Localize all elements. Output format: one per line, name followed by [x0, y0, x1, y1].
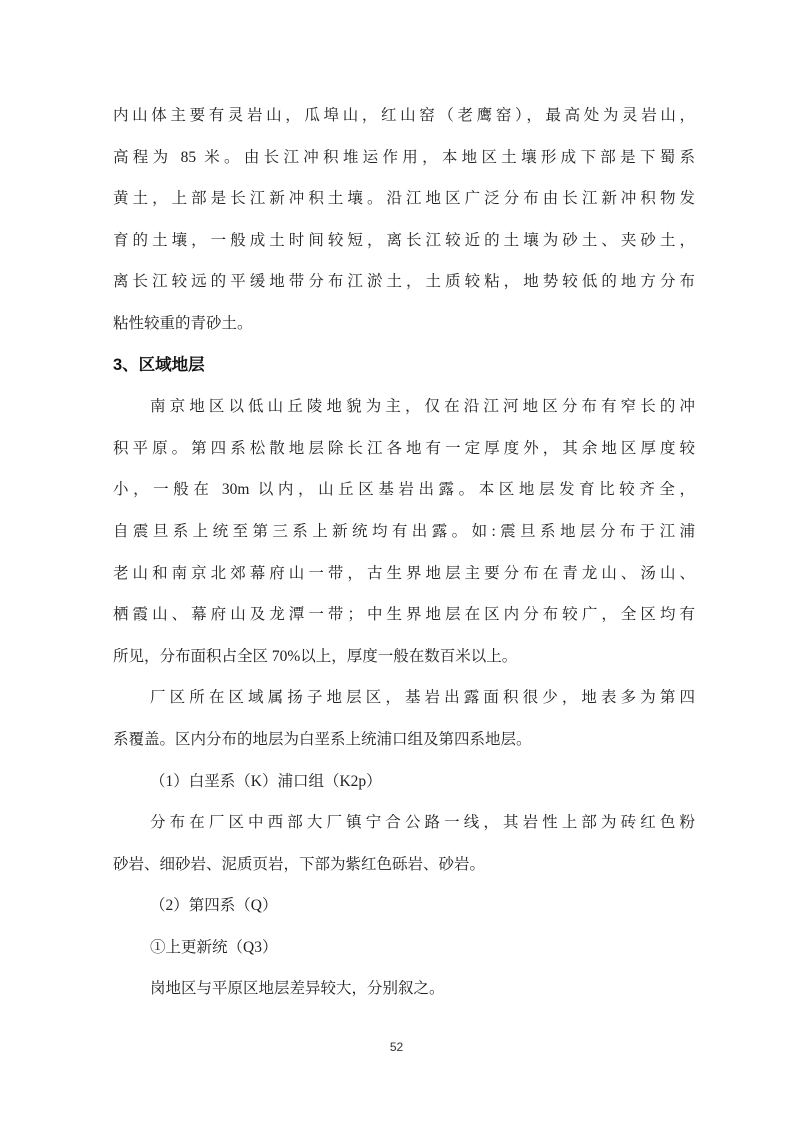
- text-line: 砂岩、细砂岩、泥质页岩，下部为紫红色砾岩、砂岩。: [113, 844, 695, 886]
- section-heading: 3、区域地层: [113, 345, 695, 387]
- text-line: 岗地区与平原区地层差异较大，分别叙之。: [113, 968, 695, 1010]
- document-body: 内山体主要有灵岩山，瓜埠山，红山窑（老鹰窑），最高处为灵岩山，高程为 85 米。…: [113, 95, 695, 1010]
- text-line: 离长江较远的平缓地带分布江淤土，土质较粘，地势较低的地方分布: [113, 261, 695, 303]
- text-line: 内山体主要有灵岩山，瓜埠山，红山窑（老鹰窑），最高处为灵岩山，: [113, 95, 695, 137]
- document-page: 内山体主要有灵岩山，瓜埠山，红山窑（老鹰窑），最高处为灵岩山，高程为 85 米。…: [0, 0, 793, 1122]
- text-line: 积平原。第四系松散地层除长江各地有一定厚度外，其余地区厚度较: [113, 428, 695, 470]
- text-line: ①上更新统（Q3）: [113, 927, 695, 969]
- text-line: 小，一般在 30m 以内，山丘区基岩出露。本区地层发育比较齐全，: [113, 469, 695, 511]
- text-line: 老山和南京北郊幕府山一带，古生界地层主要分布在青龙山、汤山、: [113, 553, 695, 595]
- text-line: （2）第四系（Q）: [113, 885, 695, 927]
- text-line: 栖霞山、幕府山及龙潭一带；中生界地层在区内分布较广，全区均有: [113, 594, 695, 636]
- text-line: （1）白垩系（K）浦口组（K2p）: [113, 761, 695, 803]
- text-line: 高程为 85 米。由长江冲积堆运作用，本地区土壤形成下部是下蜀系: [113, 137, 695, 179]
- text-line: 所见，分布面积占全区 70%以上，厚度一般在数百米以上。: [113, 636, 695, 678]
- text-line: 自震旦系上统至第三系上新统均有出露。如:震旦系地层分布于江浦: [113, 511, 695, 553]
- text-line: 黄土，上部是长江新冲积土壤。沿江地区广泛分布由长江新冲积物发: [113, 178, 695, 220]
- text-line: 南京地区以低山丘陵地貌为主，仅在沿江河地区分布有窄长的冲: [113, 386, 695, 428]
- page-number: 52: [0, 1040, 793, 1054]
- text-line: 系覆盖。区内分布的地层为白垩系上统浦口组及第四系地层。: [113, 719, 695, 761]
- text-line: 粘性较重的青砂土。: [113, 303, 695, 345]
- text-line: 厂区所在区域属扬子地层区，基岩出露面积很少，地表多为第四: [113, 677, 695, 719]
- text-line: 分布在厂区中西部大厂镇宁合公路一线，其岩性上部为砖红色粉: [113, 802, 695, 844]
- text-line: 育的土壤，一般成土时间较短，离长江较近的土壤为砂土、夹砂土，: [113, 220, 695, 262]
